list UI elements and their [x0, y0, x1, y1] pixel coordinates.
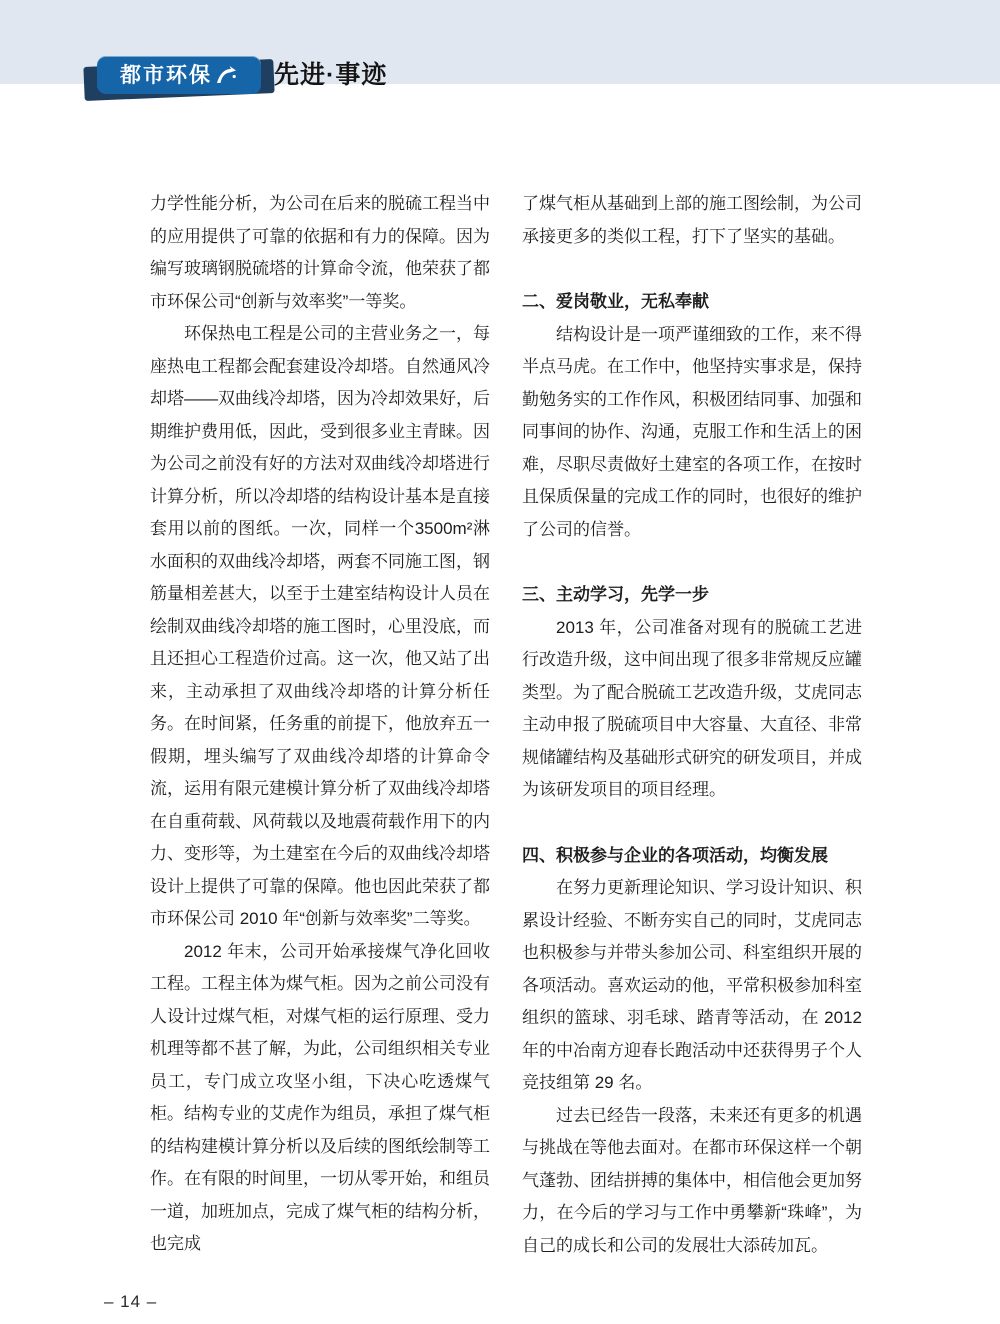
article-paragraph: 2013 年，公司准备对现有的脱硫工艺进行改造升级，这中间出现了很多非常规反应罐…: [522, 612, 862, 807]
article-body: 力学性能分析，为公司在后来的脱硫工程当中的应用提供了可靠的依据和有力的保障。因为…: [150, 188, 862, 1262]
article-paragraph: 结构设计是一项严谨细致的工作，来不得半点马虎。在工作中，他坚持实事求是，保持勤勉…: [522, 319, 862, 547]
article-paragraph: 2012 年末，公司开始承接煤气净化回收工程。工程主体为煤气柜。因为之前公司没有…: [150, 936, 490, 1261]
company-logo: 都市环保: [97, 56, 261, 94]
company-logo-text: 都市环保: [120, 65, 212, 86]
section-heading: 二、爱岗敬业，无私奉献: [522, 286, 862, 319]
page-number: – 14 –: [104, 1292, 157, 1312]
masthead: 都市环保 先进·事迹: [97, 56, 387, 94]
article-paragraph: 在努力更新理论知识、学习设计知识、积累设计经验、不断夯实自己的同时，艾虎同志也积…: [522, 872, 862, 1100]
section-heading: 四、积极参与企业的各项活动，均衡发展: [522, 840, 862, 873]
article-paragraph: 了煤气柜从基础到上部的施工图绘制，为公司承接更多的类似工程，打下了坚实的基础。: [522, 188, 862, 253]
article-paragraph: 力学性能分析，为公司在后来的脱硫工程当中的应用提供了可靠的依据和有力的保障。因为…: [150, 188, 490, 318]
swoosh-icon: [214, 63, 238, 87]
logo-box: 都市环保: [97, 56, 261, 94]
section-title: 先进·事迹: [274, 56, 387, 94]
section-heading: 三、主动学习，先学一步: [522, 579, 862, 612]
right-column: 了煤气柜从基础到上部的施工图绘制，为公司承接更多的类似工程，打下了坚实的基础。二…: [522, 188, 862, 1262]
article-paragraph: 环保热电工程是公司的主营业务之一，每座热电工程都会配套建设冷却塔。自然通风冷却塔…: [150, 318, 490, 936]
article-paragraph: 过去已经告一段落，未来还有更多的机遇与挑战在等他去面对。在都市环保这样一个朝气蓬…: [522, 1100, 862, 1263]
left-column: 力学性能分析，为公司在后来的脱硫工程当中的应用提供了可靠的依据和有力的保障。因为…: [150, 188, 490, 1262]
